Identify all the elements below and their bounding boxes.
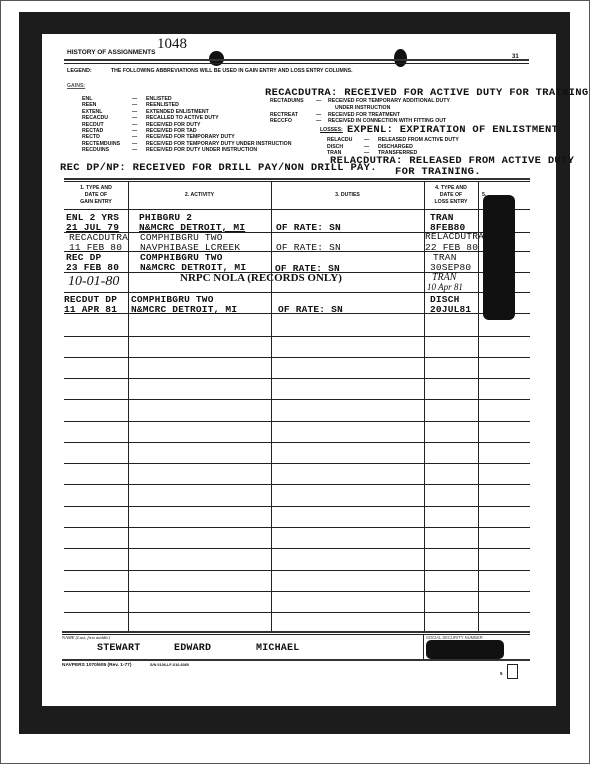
row1-duties: OF RATE: SN xyxy=(276,222,341,233)
redaction-initials xyxy=(483,195,515,320)
row4-activity: NRPC NOLA (RECORDS ONLY) xyxy=(180,272,342,284)
row4-loss-date-handwritten: 10 Apr 81 xyxy=(427,282,463,292)
row-divider xyxy=(64,399,530,400)
row3-gain-date: 23 FEB 80 xyxy=(66,262,119,273)
row2-duties: OF RATE: SN xyxy=(276,242,341,253)
header-rule xyxy=(64,59,529,61)
row2-loss-type: RELACDUTRA xyxy=(425,231,484,242)
row-divider xyxy=(64,548,530,549)
losses-label: LOSSES: xyxy=(320,127,343,133)
scan-bottom-notch xyxy=(232,739,400,751)
row-divider xyxy=(64,506,530,507)
row-divider xyxy=(64,357,530,358)
legend-item-rectaduins: RECTADUINS — RECEIVED FOR TEMPORARY ADDI… xyxy=(270,98,304,104)
middle-name: MICHAEL xyxy=(256,643,299,654)
footer-bottom-rule xyxy=(62,659,530,661)
corner-mark: 5 xyxy=(500,671,503,676)
row-divider xyxy=(64,484,530,485)
column-header-gain: 1. TYPE AND DATE OF GAIN ENTRY xyxy=(64,185,128,206)
stock-number: S/N 0106-LF-010-6060 xyxy=(150,663,189,667)
column-divider xyxy=(478,181,479,631)
legend-text: THE FOLLOWING ABBREVIATIONS WILL BE USED… xyxy=(111,68,353,74)
table-header-bottom-rule xyxy=(64,209,530,210)
row-divider xyxy=(64,442,530,443)
name-label: NAME (Last, first middle) xyxy=(62,635,110,640)
table-top-rule-2 xyxy=(64,181,530,182)
row4-gain-date-handwritten: 10-01-80 xyxy=(68,274,119,290)
row5-gain-date: 11 APR 81 xyxy=(64,304,117,315)
footer-top-rule xyxy=(62,631,530,633)
row-divider xyxy=(64,527,530,528)
column-header-duties: 3. DUTIES xyxy=(271,192,424,199)
document-title: HISTORY OF ASSIGNMENTS xyxy=(67,49,155,56)
row5-activity-2: N&MCRC DETROIT, MI xyxy=(131,304,237,315)
typed-relacdutra-2: FOR TRAINING. xyxy=(395,166,481,178)
header-rule-2 xyxy=(64,63,529,64)
legend-item-reccfo: RECCFO — RECEIVED IN CONNECTION WITH FIT… xyxy=(270,118,292,124)
row-divider xyxy=(64,612,530,613)
last-name: STEWART xyxy=(97,643,140,654)
row-divider xyxy=(64,292,530,293)
gains-label: GAINS: xyxy=(67,83,85,89)
legend-item-relacdu: RELACDU — RELEASED FROM ACTIVE DUTY xyxy=(327,137,352,143)
punch-hole xyxy=(394,49,407,67)
ssn-divider xyxy=(423,634,424,659)
first-name: EDWARD xyxy=(174,643,211,654)
redaction-ssn xyxy=(426,640,504,659)
row-divider xyxy=(64,378,530,379)
typed-expenl: EXPENL: EXPIRATION OF ENLISTMENT. xyxy=(347,124,565,136)
row5-loss-date: 20JUL81 xyxy=(430,304,471,315)
column-header-loss: 4. TYPE AND DATE OF LOSS ENTRY xyxy=(424,185,478,206)
legend-item-rectaduins-cont: UNDER INSTRUCTION xyxy=(335,105,390,111)
row-divider xyxy=(64,463,530,464)
form-id: NAVPERS 1070/605 (Rev. 1-77) xyxy=(62,663,131,668)
corner-box xyxy=(507,664,518,679)
legend-item: RECDUINS—RECEIVED FOR DUTY UNDER INSTRUC… xyxy=(82,147,120,153)
column-divider xyxy=(128,181,129,631)
row-divider xyxy=(64,591,530,592)
row-divider xyxy=(64,336,530,337)
table-top-rule xyxy=(64,178,530,180)
row-divider xyxy=(64,570,530,571)
column-header-activity: 2. ACTIVITY xyxy=(128,192,271,199)
row5-duties: OF RATE: SN xyxy=(278,304,343,315)
column-divider xyxy=(271,181,272,631)
row-divider xyxy=(64,421,530,422)
legend-label: LEGEND: xyxy=(67,68,92,74)
gains-legend-list: ENL—ENLISTED REEN—REENLISTED EXTENL—EXTE… xyxy=(82,96,120,154)
stamp-number: 1048 xyxy=(157,36,187,53)
